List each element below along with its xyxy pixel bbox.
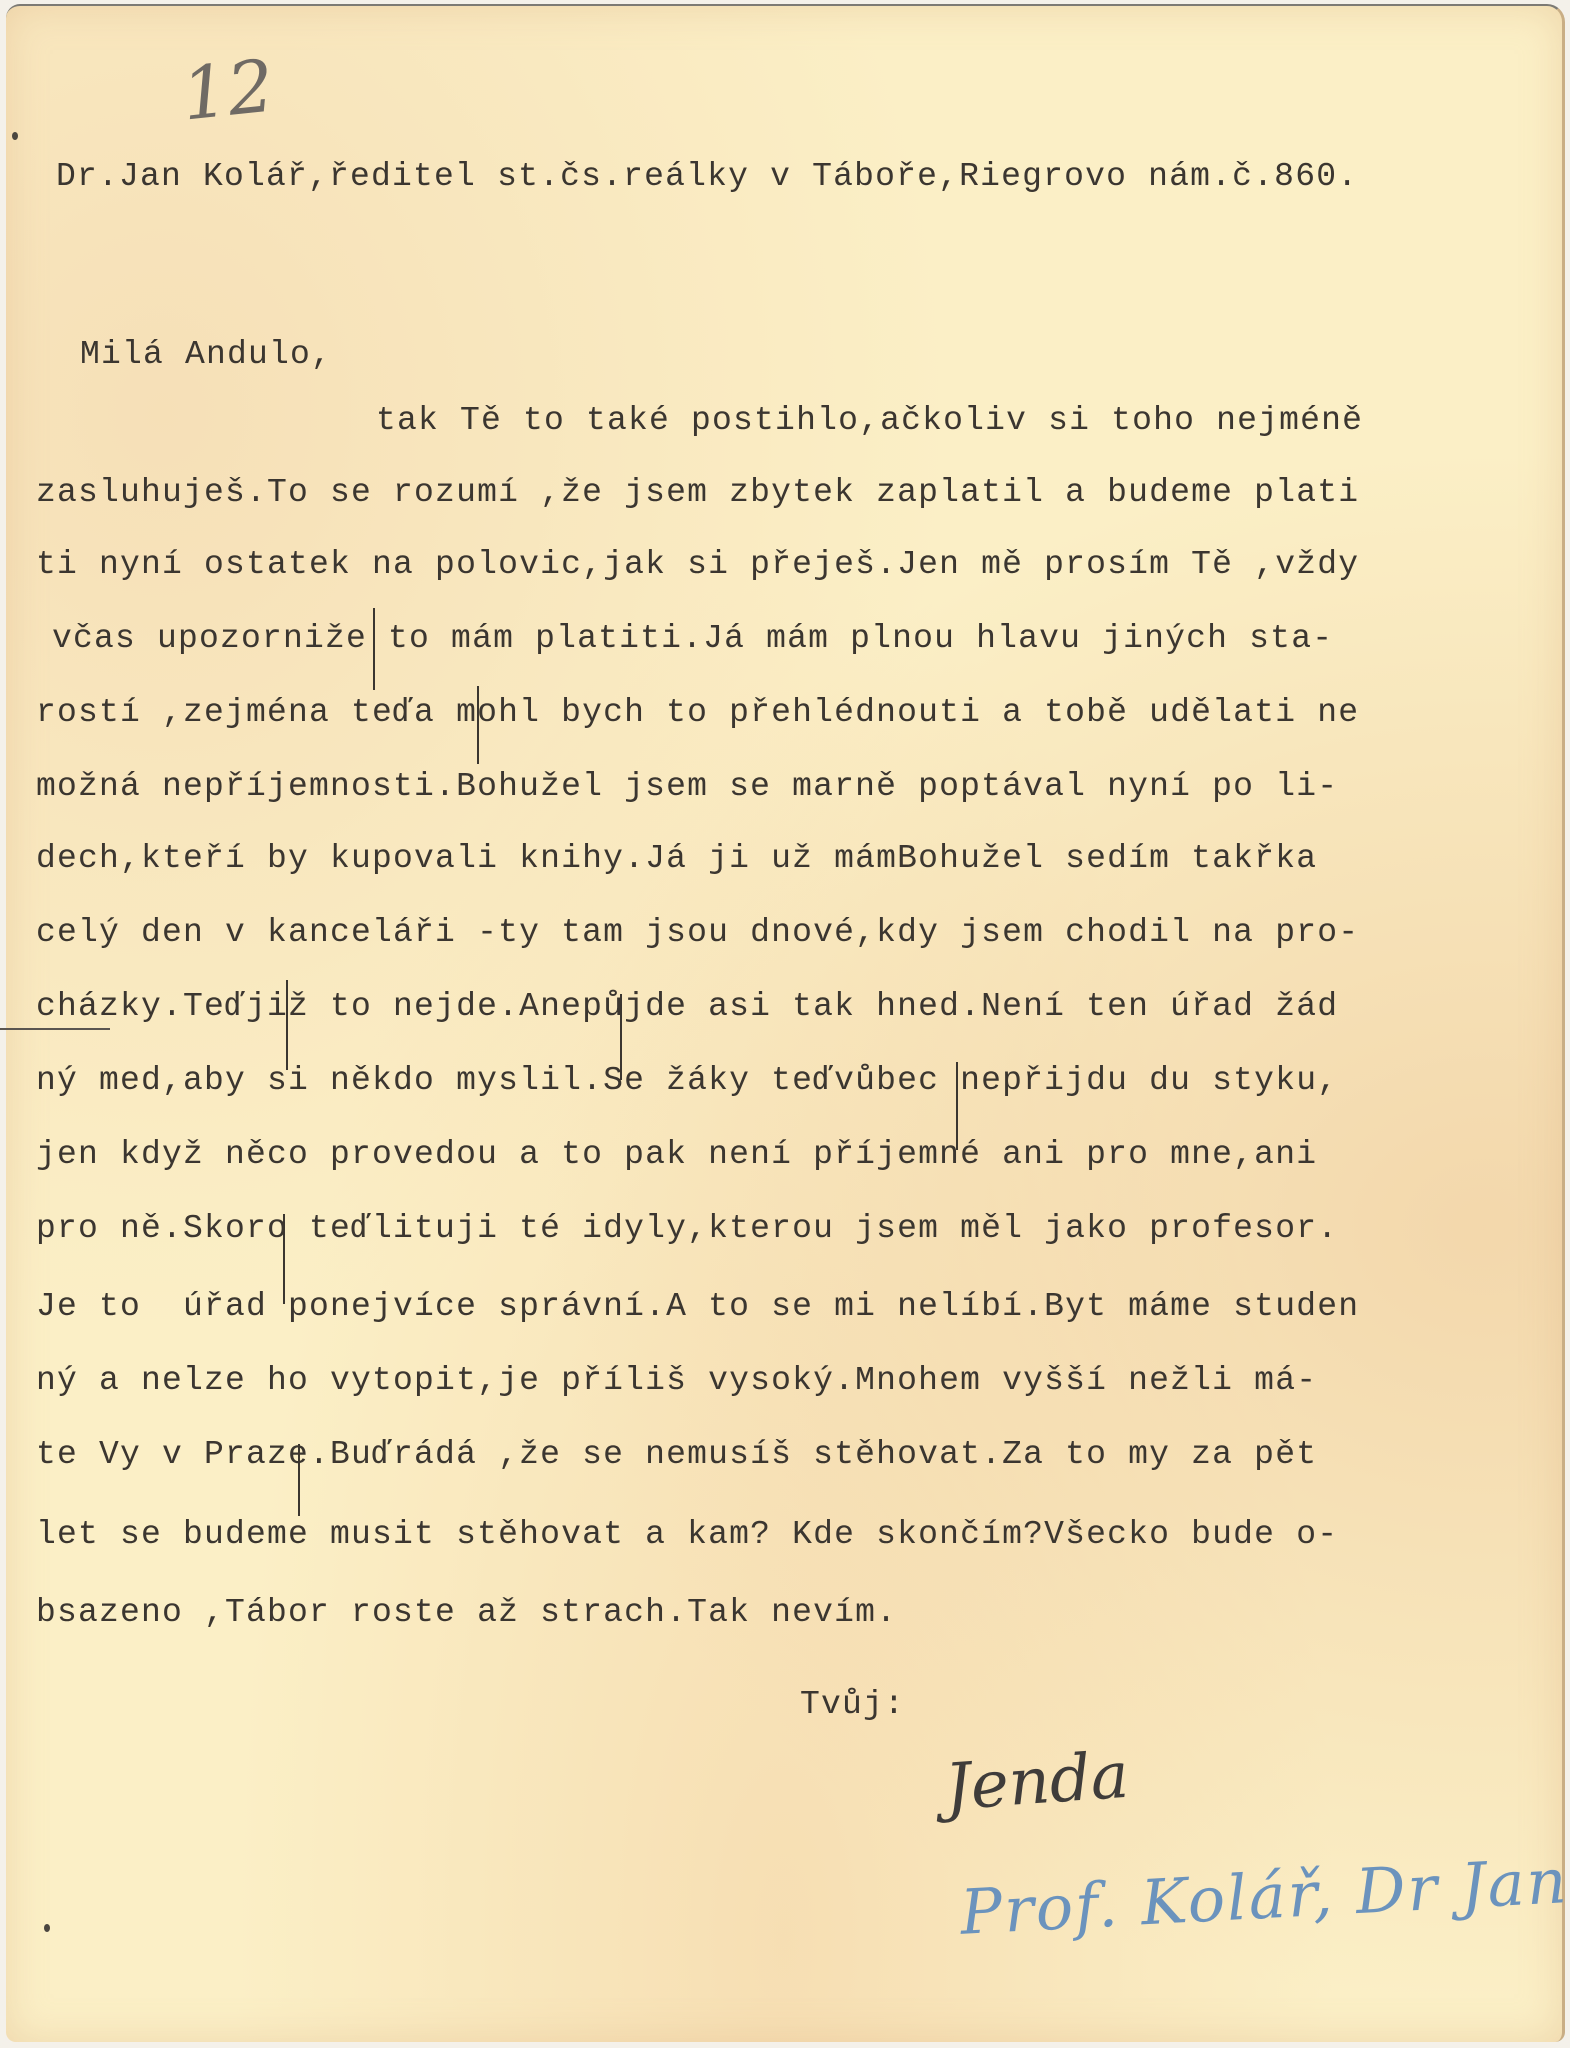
pencil-separator-mark <box>283 1214 285 1304</box>
paper-spot <box>12 132 18 140</box>
body-line: rostí ,zejména teďa mohl bych to přehléd… <box>36 696 1359 729</box>
margin-line-mark <box>0 1028 110 1030</box>
body-line: pro ně.Skoro teďlituji té idyly,kterou j… <box>36 1212 1338 1245</box>
pencil-separator-mark <box>620 994 622 1080</box>
body-line: cházky.Teďjiž to nejde.Anepůjde asi tak … <box>36 990 1338 1023</box>
closing: Tvůj: <box>800 1688 905 1721</box>
body-line: ti nyní ostatek na polovic,jak si přeješ… <box>36 548 1359 581</box>
pencil-separator-mark <box>956 1062 958 1150</box>
body-line: te Vy v Praze.Buďrádá ,že se nemusíš stě… <box>36 1438 1317 1471</box>
body-line: možná nepříjemnosti.Bohužel jsem se marn… <box>36 770 1338 803</box>
pencil-separator-mark <box>373 608 375 690</box>
body-line: jen když něco provedou a to pak není pří… <box>36 1138 1317 1171</box>
letterhead: Dr.Jan Kolář,ředitel st.čs.reálky v Tábo… <box>56 160 1358 193</box>
handwritten-signature: Jenda <box>943 1739 1132 1826</box>
body-line: bsazeno ,Tábor roste až strach.Tak nevím… <box>36 1596 897 1629</box>
body-line: tak Tě to také postihlo,ačkoliv si toho … <box>376 404 1363 437</box>
salutation: Milá Andulo, <box>80 338 332 371</box>
pencil-separator-mark <box>298 1444 300 1516</box>
body-line: Je to úřad ponejvíce správní.A to se mi … <box>36 1290 1359 1323</box>
body-line: včas upozorniže to mám platiti.Já mám pl… <box>52 622 1333 655</box>
body-line: let se budeme musit stěhovat a kam? Kde … <box>36 1518 1338 1551</box>
body-line: ný a nelze ho vytopit,je příliš vysoký.M… <box>36 1364 1317 1397</box>
pencil-separator-mark <box>477 686 479 764</box>
body-line: celý den v kanceláři -ty tam jsou dnové,… <box>36 916 1359 949</box>
pencil-separator-mark <box>286 980 288 1070</box>
paper-spot <box>44 1924 50 1932</box>
body-line: ný med,aby si někdo myslil.Se žáky teďvů… <box>36 1064 1338 1097</box>
folio-number: 12 <box>178 43 278 136</box>
body-line: zasluhuješ.To se rozumí ,že jsem zbytek … <box>36 476 1359 509</box>
body-line: dech,kteří by kupovali knihy.Já ji už má… <box>36 842 1317 875</box>
